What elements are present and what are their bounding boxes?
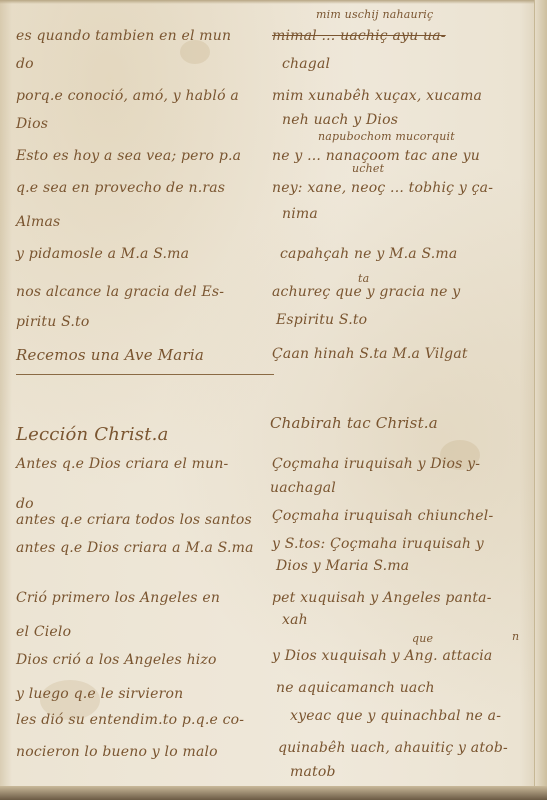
mayan-line: Çoçmaha iruquisah chiunchel- [272,508,493,524]
mayan-line: quinabêh uach, ahauitiç y atob- [278,740,508,756]
mayan-line: uachagal [270,480,336,496]
spanish-line: antes q.e criara todos los santos [16,512,252,528]
mayan-line: capahçah ne y M.a S.ma [280,246,457,262]
spanish-line: nos alcance la gracia del Es- [16,284,224,300]
page-bottom-edge [0,786,547,800]
mayan-line: mim xunabêh xuçax, xucama [272,88,482,104]
mayan-line: Espiritu S.to [276,312,367,328]
spanish-line: Esto es hoy a sea vea; pero p.a [16,148,241,164]
mayan-line: nima [282,206,318,222]
spanish-line: do [16,56,34,72]
spanish-line: y luego q.e le sirvieron [16,686,183,702]
spanish-line: Almas [16,214,60,230]
spanish-line: es quando tambien en el mun [16,28,231,44]
spanish-line: piritu S.to [16,314,90,330]
mayan-line: ney: xane, neoç ... tobhiç y ça- [272,180,493,196]
section-divider [16,374,274,375]
spanish-line: les dió su entendim.to p.q.e co- [16,712,244,728]
mayan-line: matob [290,764,336,780]
spanish-line: Antes q.e Dios criara el mun- [16,456,229,472]
mayan-interlinear: mim uschij nahauriç [316,8,433,21]
mayan-line: mimal ... uachiç ayu ua- [272,28,446,44]
page-top-edge [0,0,547,4]
mayan-interlinear: napubochom mucorquit [318,130,455,143]
mayan-line: y Dios xuquisah y Ang. attacia [272,648,492,664]
spanish-line: Crió primero los Angeles en [16,590,220,606]
mayan-line: y S.tos: Çoçmaha iruquisah y [272,536,484,552]
spanish-line: el Cielo [16,624,71,640]
spanish-line: Dios [16,116,48,132]
mayan-line: Çoçmaha iruquisah y Dios y- [272,456,480,472]
mayan-line-prayer: Çaan hinah S.ta M.a Vilgat [272,346,468,362]
section-heading-mayan: Chabirah tac Christ.a [270,414,438,432]
mayan-interlinear: n [512,630,519,643]
mayan-line: xah [282,612,308,628]
spanish-line: y pidamosle a M.a S.ma [16,246,189,262]
spanish-line: antes q.e Dios criara a M.a S.ma [16,540,254,556]
mayan-interlinear: que [412,632,433,645]
spanish-line: do [16,496,34,512]
mayan-line: xyeac que y quinachbal ne a- [290,708,501,724]
spanish-line: nocieron lo bueno y lo malo [16,744,218,760]
mayan-line: chagal [282,56,330,72]
mayan-line: achureç que y gracia ne y [272,284,460,300]
mayan-interlinear: uchet [352,162,384,175]
spanish-line: Dios crió a los Angeles hizo [16,652,217,668]
section-heading-spanish: Lección Christ.a [16,424,169,445]
manuscript-page: es quando tambien en el mun mim uschij n… [0,0,547,800]
mayan-line: Dios y Maria S.ma [276,558,409,574]
spanish-line: q.e sea en provecho de n.ras [16,180,225,196]
spanish-line-prayer: Recemos una Ave Maria [16,346,204,364]
spanish-line: porq.e conoció, amó, y habló a [16,88,239,104]
page-right-edge [534,0,547,800]
mayan-line: pet xuquisah y Angeles panta- [272,590,492,606]
mayan-line: ne aquicamanch uach [276,680,435,696]
mayan-line: neh uach y Dios [282,112,398,128]
